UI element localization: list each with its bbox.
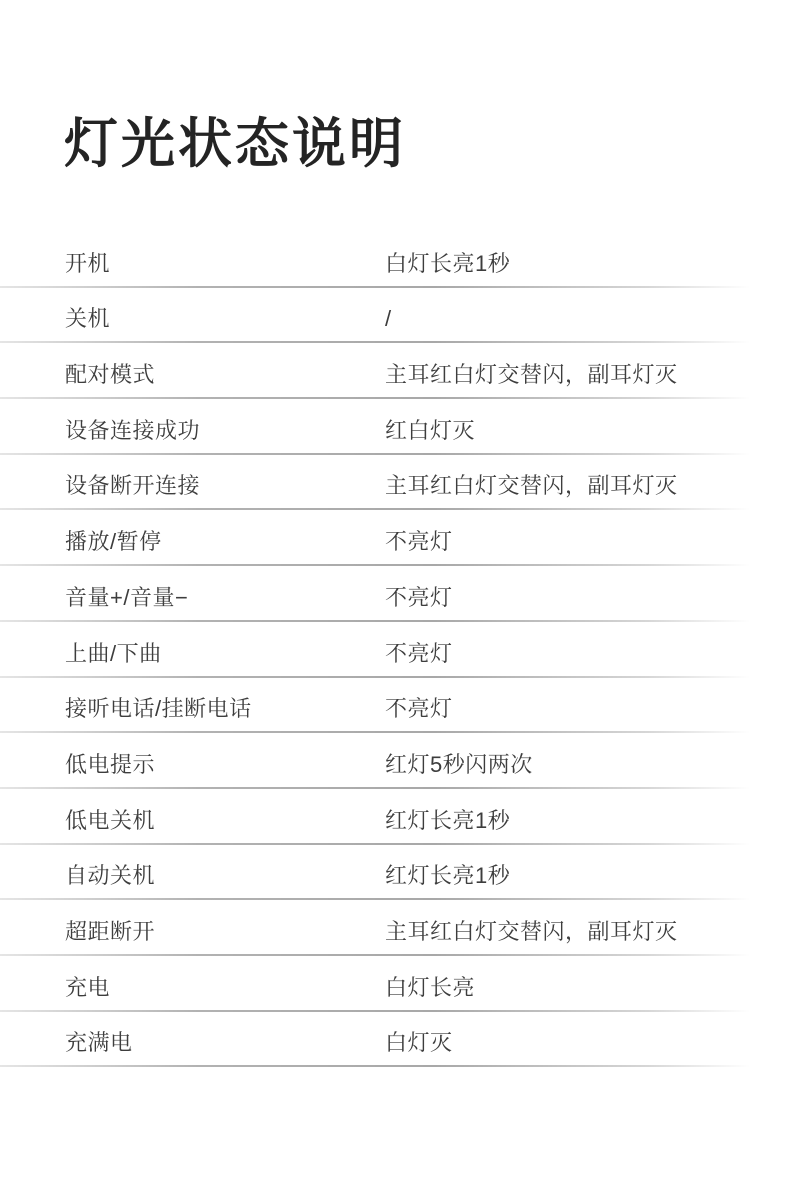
status-label: 接听电话/挂断电话 bbox=[65, 696, 385, 722]
status-label: 充满电 bbox=[65, 1030, 385, 1056]
table-row: 配对模式 主耳红白灯交替闪，副耳灯灭 bbox=[0, 343, 790, 399]
table-row: 接听电话/挂断电话 不亮灯 bbox=[0, 678, 790, 734]
status-value: 主耳红白灯交替闪，副耳灯灭 bbox=[385, 362, 678, 388]
status-value: 白灯长亮1秒 bbox=[385, 251, 510, 277]
table-row: 自动关机 红灯长亮1秒 bbox=[0, 845, 790, 901]
status-label: 超距断开 bbox=[65, 919, 385, 945]
status-value: 不亮灯 bbox=[385, 641, 453, 667]
manual-page: 灯光状态说明 开机 白灯长亮1秒 关机 / 配对模式 主耳红白灯交替闪，副耳灯灭… bbox=[0, 0, 790, 1200]
status-label: 低电关机 bbox=[65, 808, 385, 834]
status-value: 红灯5秒闪两次 bbox=[385, 752, 533, 778]
status-value: 主耳红白灯交替闪，副耳灯灭 bbox=[385, 919, 678, 945]
status-value: 白灯灭 bbox=[385, 1030, 453, 1056]
status-label: 设备连接成功 bbox=[65, 418, 385, 444]
status-label: 开机 bbox=[65, 251, 385, 277]
table-row: 关机 / bbox=[0, 288, 790, 344]
table-row: 充满电 白灯灭 bbox=[0, 1012, 790, 1068]
table-row: 音量+/音量− 不亮灯 bbox=[0, 566, 790, 622]
table-row: 超距断开 主耳红白灯交替闪，副耳灯灭 bbox=[0, 900, 790, 956]
page-title: 灯光状态说明 bbox=[64, 112, 406, 176]
status-label: 配对模式 bbox=[65, 362, 385, 388]
status-value: 白灯长亮 bbox=[385, 975, 475, 1001]
status-value: 不亮灯 bbox=[385, 696, 453, 722]
status-label: 低电提示 bbox=[65, 752, 385, 778]
status-value: 红白灯灭 bbox=[385, 418, 475, 444]
status-value: 红灯长亮1秒 bbox=[385, 808, 510, 834]
table-row: 设备连接成功 红白灯灭 bbox=[0, 399, 790, 455]
status-label: 上曲/下曲 bbox=[65, 641, 385, 667]
status-value: 不亮灯 bbox=[385, 529, 453, 555]
status-value: 主耳红白灯交替闪，副耳灯灭 bbox=[385, 473, 678, 499]
status-label: 关机 bbox=[65, 306, 385, 332]
status-label: 音量+/音量− bbox=[65, 585, 385, 611]
table-row: 低电提示 红灯5秒闪两次 bbox=[0, 733, 790, 789]
status-label: 自动关机 bbox=[65, 863, 385, 889]
status-label: 播放/暂停 bbox=[65, 529, 385, 555]
table-row: 充电 白灯长亮 bbox=[0, 956, 790, 1012]
table-row: 低电关机 红灯长亮1秒 bbox=[0, 789, 790, 845]
status-value: / bbox=[385, 306, 392, 332]
status-value: 不亮灯 bbox=[385, 585, 453, 611]
table-row: 设备断开连接 主耳红白灯交替闪，副耳灯灭 bbox=[0, 455, 790, 511]
status-label: 设备断开连接 bbox=[65, 473, 385, 499]
table-row: 播放/暂停 不亮灯 bbox=[0, 510, 790, 566]
table-row: 开机 白灯长亮1秒 bbox=[0, 232, 790, 288]
status-value: 红灯长亮1秒 bbox=[385, 863, 510, 889]
status-label: 充电 bbox=[65, 975, 385, 1001]
table-row: 上曲/下曲 不亮灯 bbox=[0, 622, 790, 678]
light-status-table: 开机 白灯长亮1秒 关机 / 配对模式 主耳红白灯交替闪，副耳灯灭 设备连接成功… bbox=[0, 232, 790, 1067]
